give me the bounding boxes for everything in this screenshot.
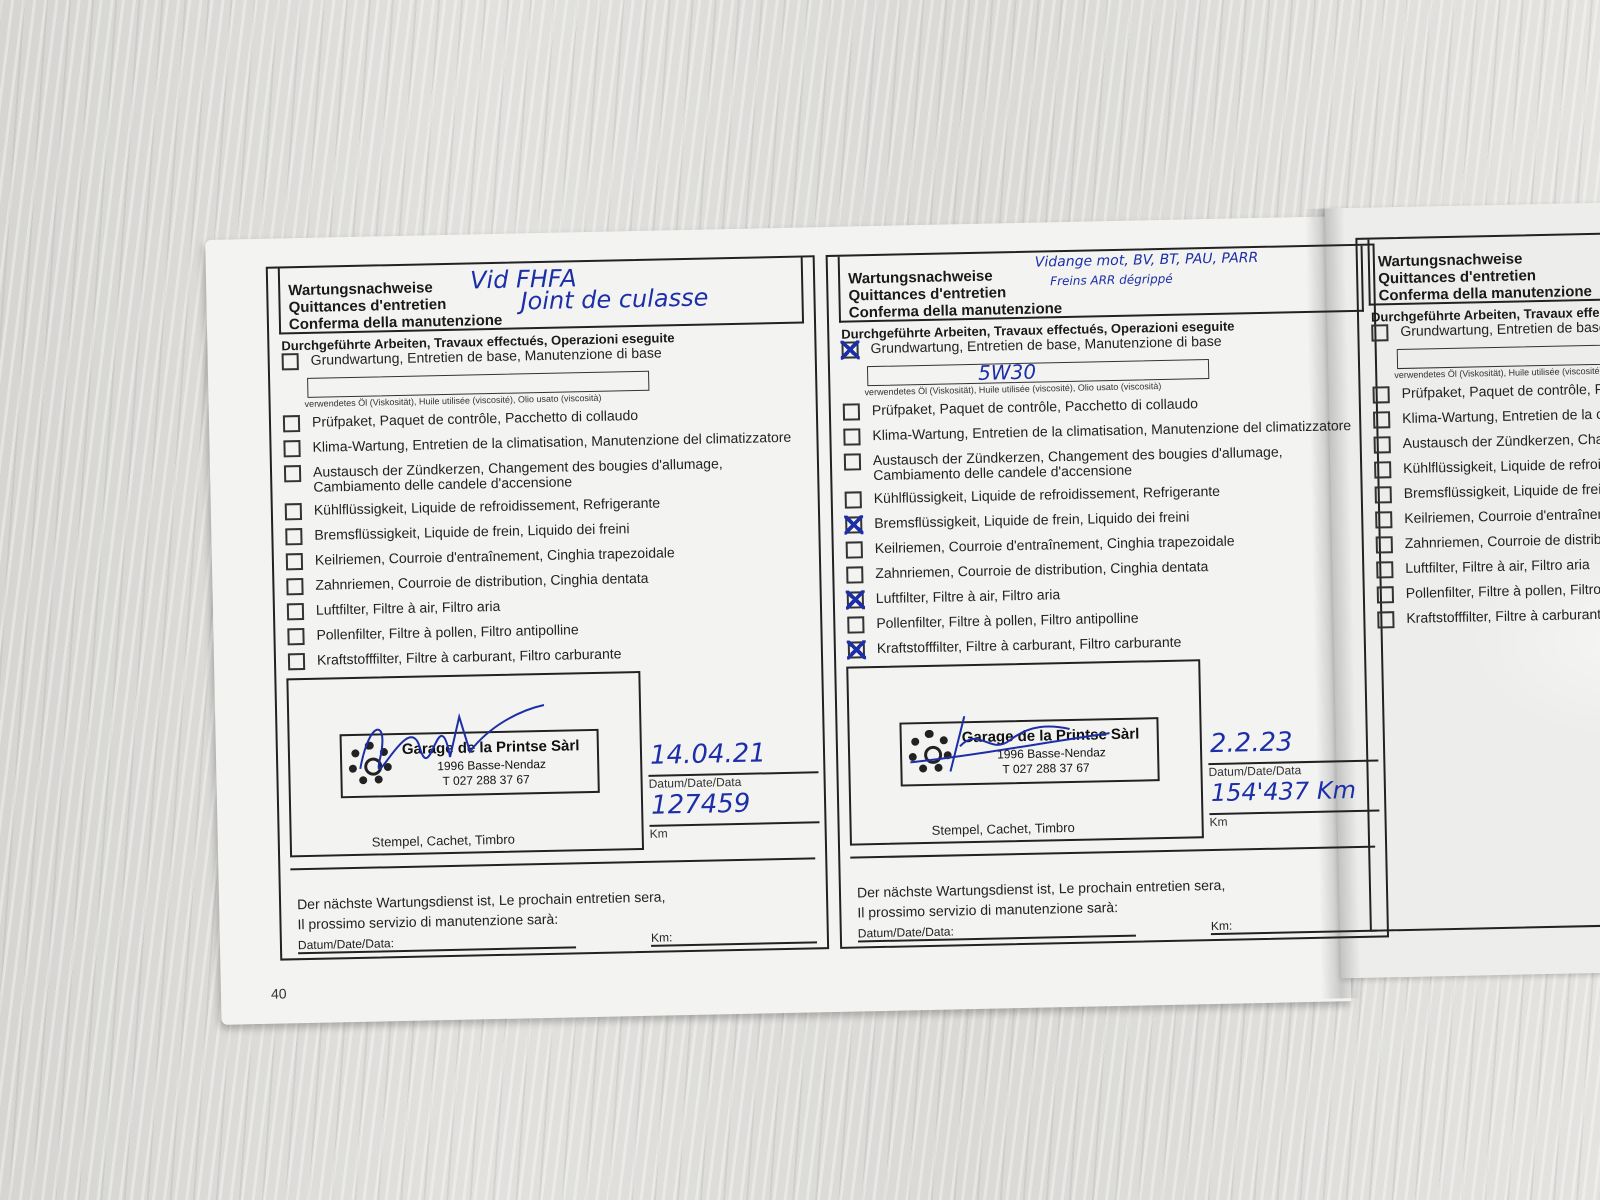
checklist-item: Kraftstofffilter, Filtre à carburant, Fi… xyxy=(286,642,811,670)
checkbox[interactable] xyxy=(286,578,303,595)
checklist-label: Keilriemen, Courroie d'entraînement, Cin… xyxy=(875,534,1235,557)
checklist-item: Zahnriemen, Courroie de distribution, Ci… xyxy=(284,567,809,595)
works-list: Durchgeführte Arbeiten, Travaux effectué… xyxy=(279,327,811,678)
checkbox[interactable] xyxy=(1376,561,1393,578)
checkbox[interactable] xyxy=(1371,324,1388,341)
checklist-item: Luftfilter, Filtre à air, Filtro aria xyxy=(1374,555,1600,578)
checklist-label: Kraftstofffilter, Filtre à carburant, Fi… xyxy=(1406,605,1600,626)
service-km: 127459 xyxy=(651,789,751,821)
checkbox[interactable] xyxy=(283,415,300,432)
checklist-item: Kraftstofffilter, Filtre à carburant, Fi… xyxy=(1375,605,1600,628)
checkbox[interactable] xyxy=(843,428,860,445)
checklist-item: Bremsflüssigkeit, Liquide de frein, Liqu… xyxy=(283,517,808,545)
checklist-item: Austausch der Zündkerzen, Changement des… xyxy=(282,454,808,495)
form-title: Wartungsnachweise Quittances d'entretien… xyxy=(1378,249,1592,304)
handwritten-note: Vidange mot, BV, BT, PAU, PARR xyxy=(1035,250,1259,271)
checklist-label: Kühlflüssigkeit, Liquide de refroidissem… xyxy=(874,484,1221,506)
checkbox[interactable] xyxy=(283,440,300,457)
checklist-item: Luftfilter, Filtre à air, Filtro aria xyxy=(845,581,1370,609)
next-km-field: Km: xyxy=(1211,916,1377,935)
form-header: Wartungsnachweise Quittances d'entretien… xyxy=(838,246,1364,323)
checkbox[interactable] xyxy=(285,503,302,520)
date-km-area: 2.2.23 Datum/Date/Data 154'437 Km Km xyxy=(1208,726,1380,830)
checklist-label: Bremsflüssigkeit, Liquide de frein, Liqu… xyxy=(1404,479,1600,501)
maintenance-form-1: Wartungsnachweise Quittances d'entretien… xyxy=(266,255,829,960)
checklist-label: Kühlflüssigkeit, Liquide de refroidissem… xyxy=(314,496,661,518)
oil-viscosity-value: 5W30 xyxy=(978,360,1036,385)
checklist-item: Kühlflüssigkeit, Liquide de refroidissem… xyxy=(283,492,808,520)
checklist-label: Kraftstofffilter, Filtre à carburant, Fi… xyxy=(877,635,1182,656)
checklist-label: Austausch der Zündkerzen, Changement des… xyxy=(313,454,808,494)
checkbox[interactable] xyxy=(1376,536,1393,553)
checkbox[interactable] xyxy=(844,453,861,470)
checklist-label: Prüfpaket, Paquet de contrôle, Pacchetto… xyxy=(872,396,1198,418)
checklist-label: Klima-Wartung, Entretien de la climatisa… xyxy=(1402,401,1600,426)
checkbox[interactable] xyxy=(848,641,865,658)
service-date: 14.04.21 xyxy=(650,738,766,770)
checkbox[interactable] xyxy=(847,591,864,608)
checkbox[interactable] xyxy=(284,465,301,482)
checklist-item: Klima-Wartung, Entretien de la climatisa… xyxy=(1371,405,1600,428)
works-list: Durchgeführte Arbeiten, Travaux effectué… xyxy=(1369,303,1600,636)
checkbox[interactable] xyxy=(846,566,863,583)
checkbox[interactable] xyxy=(282,353,299,370)
checklist-label: Zahnriemen, Courroie de distribution, Ci… xyxy=(875,559,1208,581)
gear-icon xyxy=(908,729,953,774)
checklist-item: Klima-Wartung, Entretien de la climatisa… xyxy=(281,429,806,457)
garage-stamp: Garage de la Printse Sàrl 1996 Basse-Nen… xyxy=(340,729,600,798)
checklist-label: Zahnriemen, Courroie de distribution, Ci… xyxy=(1405,529,1600,551)
next-date-field: Datum/Date/Data: xyxy=(298,932,576,954)
checklist-label: Kraftstofffilter, Filtre à carburant, Fi… xyxy=(317,646,622,667)
checklist-item: Pollenfilter, Filtre à pollen, Filtro an… xyxy=(1375,580,1600,603)
checklist-item: Bremsflüssigkeit, Liquide de frein, Liqu… xyxy=(843,506,1368,534)
checklist-item: Bremsflüssigkeit, Liquide de frein, Liqu… xyxy=(1373,480,1600,503)
next-km-field: Km: xyxy=(651,927,817,946)
checklist-label: Bremsflüssigkeit, Liquide de frein, Liqu… xyxy=(314,521,629,543)
checklist-label: Pollenfilter, Filtre à pollen, Filtro an… xyxy=(1406,580,1600,600)
checkbox[interactable] xyxy=(288,653,305,670)
maintenance-form-2: Wartungsnachweise Quittances d'entretien… xyxy=(826,244,1389,949)
checklist-item: Austausch der Zündkerzen, Changement des… xyxy=(1372,430,1600,453)
works-list: Durchgeführte Arbeiten, Travaux effectué… xyxy=(839,316,1371,667)
next-service: Der nächste Wartungsdienst ist, Le proch… xyxy=(290,857,817,956)
checkbox[interactable] xyxy=(841,341,858,358)
checklist-label: Pollenfilter, Filtre à pollen, Filtro an… xyxy=(316,622,579,642)
checklist-item: Austausch der Zündkerzen, Changement des… xyxy=(842,443,1368,484)
checkbox[interactable] xyxy=(1375,486,1392,503)
checklist-item: Zahnriemen, Courroie de distribution, Ci… xyxy=(1374,530,1600,553)
checklist-item: Keilriemen, Courroie d'entraînement, Cin… xyxy=(284,542,809,570)
checkbox[interactable] xyxy=(843,403,860,420)
checklist-label: Prüfpaket, Paquet de contrôle, Pacchetto… xyxy=(312,408,638,430)
oil-viscosity-field[interactable] xyxy=(1397,342,1600,369)
gear-icon xyxy=(348,741,393,786)
form-header: Wartungsnachweise Quittances d'entretien… xyxy=(278,257,804,334)
handwritten-note: Joint de culasse xyxy=(520,283,708,315)
checkbox[interactable] xyxy=(285,528,302,545)
checklist: Grundwartung, Entretien de base, Manuten… xyxy=(1369,318,1600,628)
form-title: Wartungsnachweise Quittances d'entretien… xyxy=(848,266,1062,321)
checkbox[interactable] xyxy=(1375,511,1392,528)
checklist-label: Luftfilter, Filtre à air, Filtro aria xyxy=(316,599,501,618)
checklist-label: Keilriemen, Courroie d'entraînement, Cin… xyxy=(315,545,675,568)
maintenance-booklet: Wartungsnachweise Quittances d'entretien… xyxy=(205,202,1600,1032)
checklist-label: Luftfilter, Filtre à air, Filtro aria xyxy=(1405,557,1590,576)
checkbox[interactable] xyxy=(287,628,304,645)
checkbox[interactable] xyxy=(1377,586,1394,603)
checkbox[interactable] xyxy=(1373,411,1390,428)
stamp-area: Garage de la Printse Sàrl 1996 Basse-Nen… xyxy=(286,671,644,857)
checkbox[interactable] xyxy=(845,516,862,533)
checklist-item: Luftfilter, Filtre à air, Filtro aria xyxy=(285,592,810,620)
checkbox[interactable] xyxy=(846,541,863,558)
checkbox[interactable] xyxy=(1374,436,1391,453)
checklist-label: Zahnriemen, Courroie de distribution, Ci… xyxy=(315,571,648,593)
checklist-item: Prüfpaket, Paquet de contrôle, Pacchetto… xyxy=(841,393,1366,421)
checklist-item: Kühlflüssigkeit, Liquide de refroidissem… xyxy=(1372,455,1600,478)
checklist: Grundwartung, Entretien de base, Manuten… xyxy=(839,331,1371,659)
service-date: 2.2.23 xyxy=(1210,727,1293,759)
checkbox[interactable] xyxy=(847,616,864,633)
next-date-field: Datum/Date/Data: xyxy=(858,921,1136,943)
page-number: 40 xyxy=(271,985,287,1001)
checklist-item: Klima-Wartung, Entretien de la climatisa… xyxy=(841,418,1366,446)
checklist-label: Klima-Wartung, Entretien de la climatisa… xyxy=(312,430,791,455)
service-km: 154'437 Km xyxy=(1211,776,1357,807)
checkbox[interactable] xyxy=(845,491,862,508)
form-header: Wartungsnachweise Quittances d'entretien… xyxy=(1367,233,1600,305)
checklist-item: Kraftstofffilter, Filtre à carburant, Fi… xyxy=(846,631,1371,659)
checklist-label: Klima-Wartung, Entretien de la climatisa… xyxy=(872,418,1351,443)
date-km-area: 14.04.21 Datum/Date/Data 127459 Km xyxy=(648,737,820,841)
garage-stamp: Garage de la Printse Sàrl 1996 Basse-Nen… xyxy=(899,717,1159,786)
checkbox[interactable] xyxy=(1377,611,1394,628)
checklist-item: Zahnriemen, Courroie de distribution, Ci… xyxy=(844,556,1369,584)
checkbox[interactable] xyxy=(1372,386,1389,403)
checklist-label: Austausch der Zündkerzen, Changement des… xyxy=(873,443,1368,483)
stamp-area: Garage de la Printse Sàrl 1996 Basse-Nen… xyxy=(846,659,1204,845)
checklist-label: Prüfpaket, Paquet de contrôle, Pacchetto… xyxy=(1401,379,1600,401)
checklist-label: Keilriemen, Courroie d'entraînement, Cin… xyxy=(1404,503,1600,526)
checklist-item: Prüfpaket, Paquet de contrôle, Pacchetto… xyxy=(1370,380,1600,403)
checklist-label: Luftfilter, Filtre à air, Filtro aria xyxy=(876,587,1061,606)
checklist: Grundwartung, Entretien de base, Manuten… xyxy=(280,342,812,670)
checklist-label: Pollenfilter, Filtre à pollen, Filtro an… xyxy=(876,611,1139,631)
checkbox[interactable] xyxy=(286,553,303,570)
checklist-item: Kühlflüssigkeit, Liquide de refroidissem… xyxy=(843,481,1368,509)
maintenance-form-3: Wartungsnachweise Quittances d'entretien… xyxy=(1355,232,1600,932)
checklist-item: Keilriemen, Courroie d'entraînement, Cin… xyxy=(1373,505,1600,528)
checkbox[interactable] xyxy=(1374,461,1391,478)
checklist-item: Pollenfilter, Filtre à pollen, Filtro an… xyxy=(845,606,1370,634)
next-service: Der nächste Wartungsdienst ist, Le proch… xyxy=(850,846,1377,945)
checklist-item: Keilriemen, Courroie d'entraînement, Cin… xyxy=(844,531,1369,559)
checklist-label: Bremsflüssigkeit, Liquide de frein, Liqu… xyxy=(874,509,1189,531)
checkbox[interactable] xyxy=(287,603,304,620)
checklist-label: Kühlflüssigkeit, Liquide de refroidissem… xyxy=(1403,454,1600,476)
handwritten-note: Freins ARR dégrippé xyxy=(1050,272,1173,289)
checklist-item: Pollenfilter, Filtre à pollen, Filtro an… xyxy=(285,617,810,645)
checklist-item: Prüfpaket, Paquet de contrôle, Pacchetto… xyxy=(281,404,806,432)
